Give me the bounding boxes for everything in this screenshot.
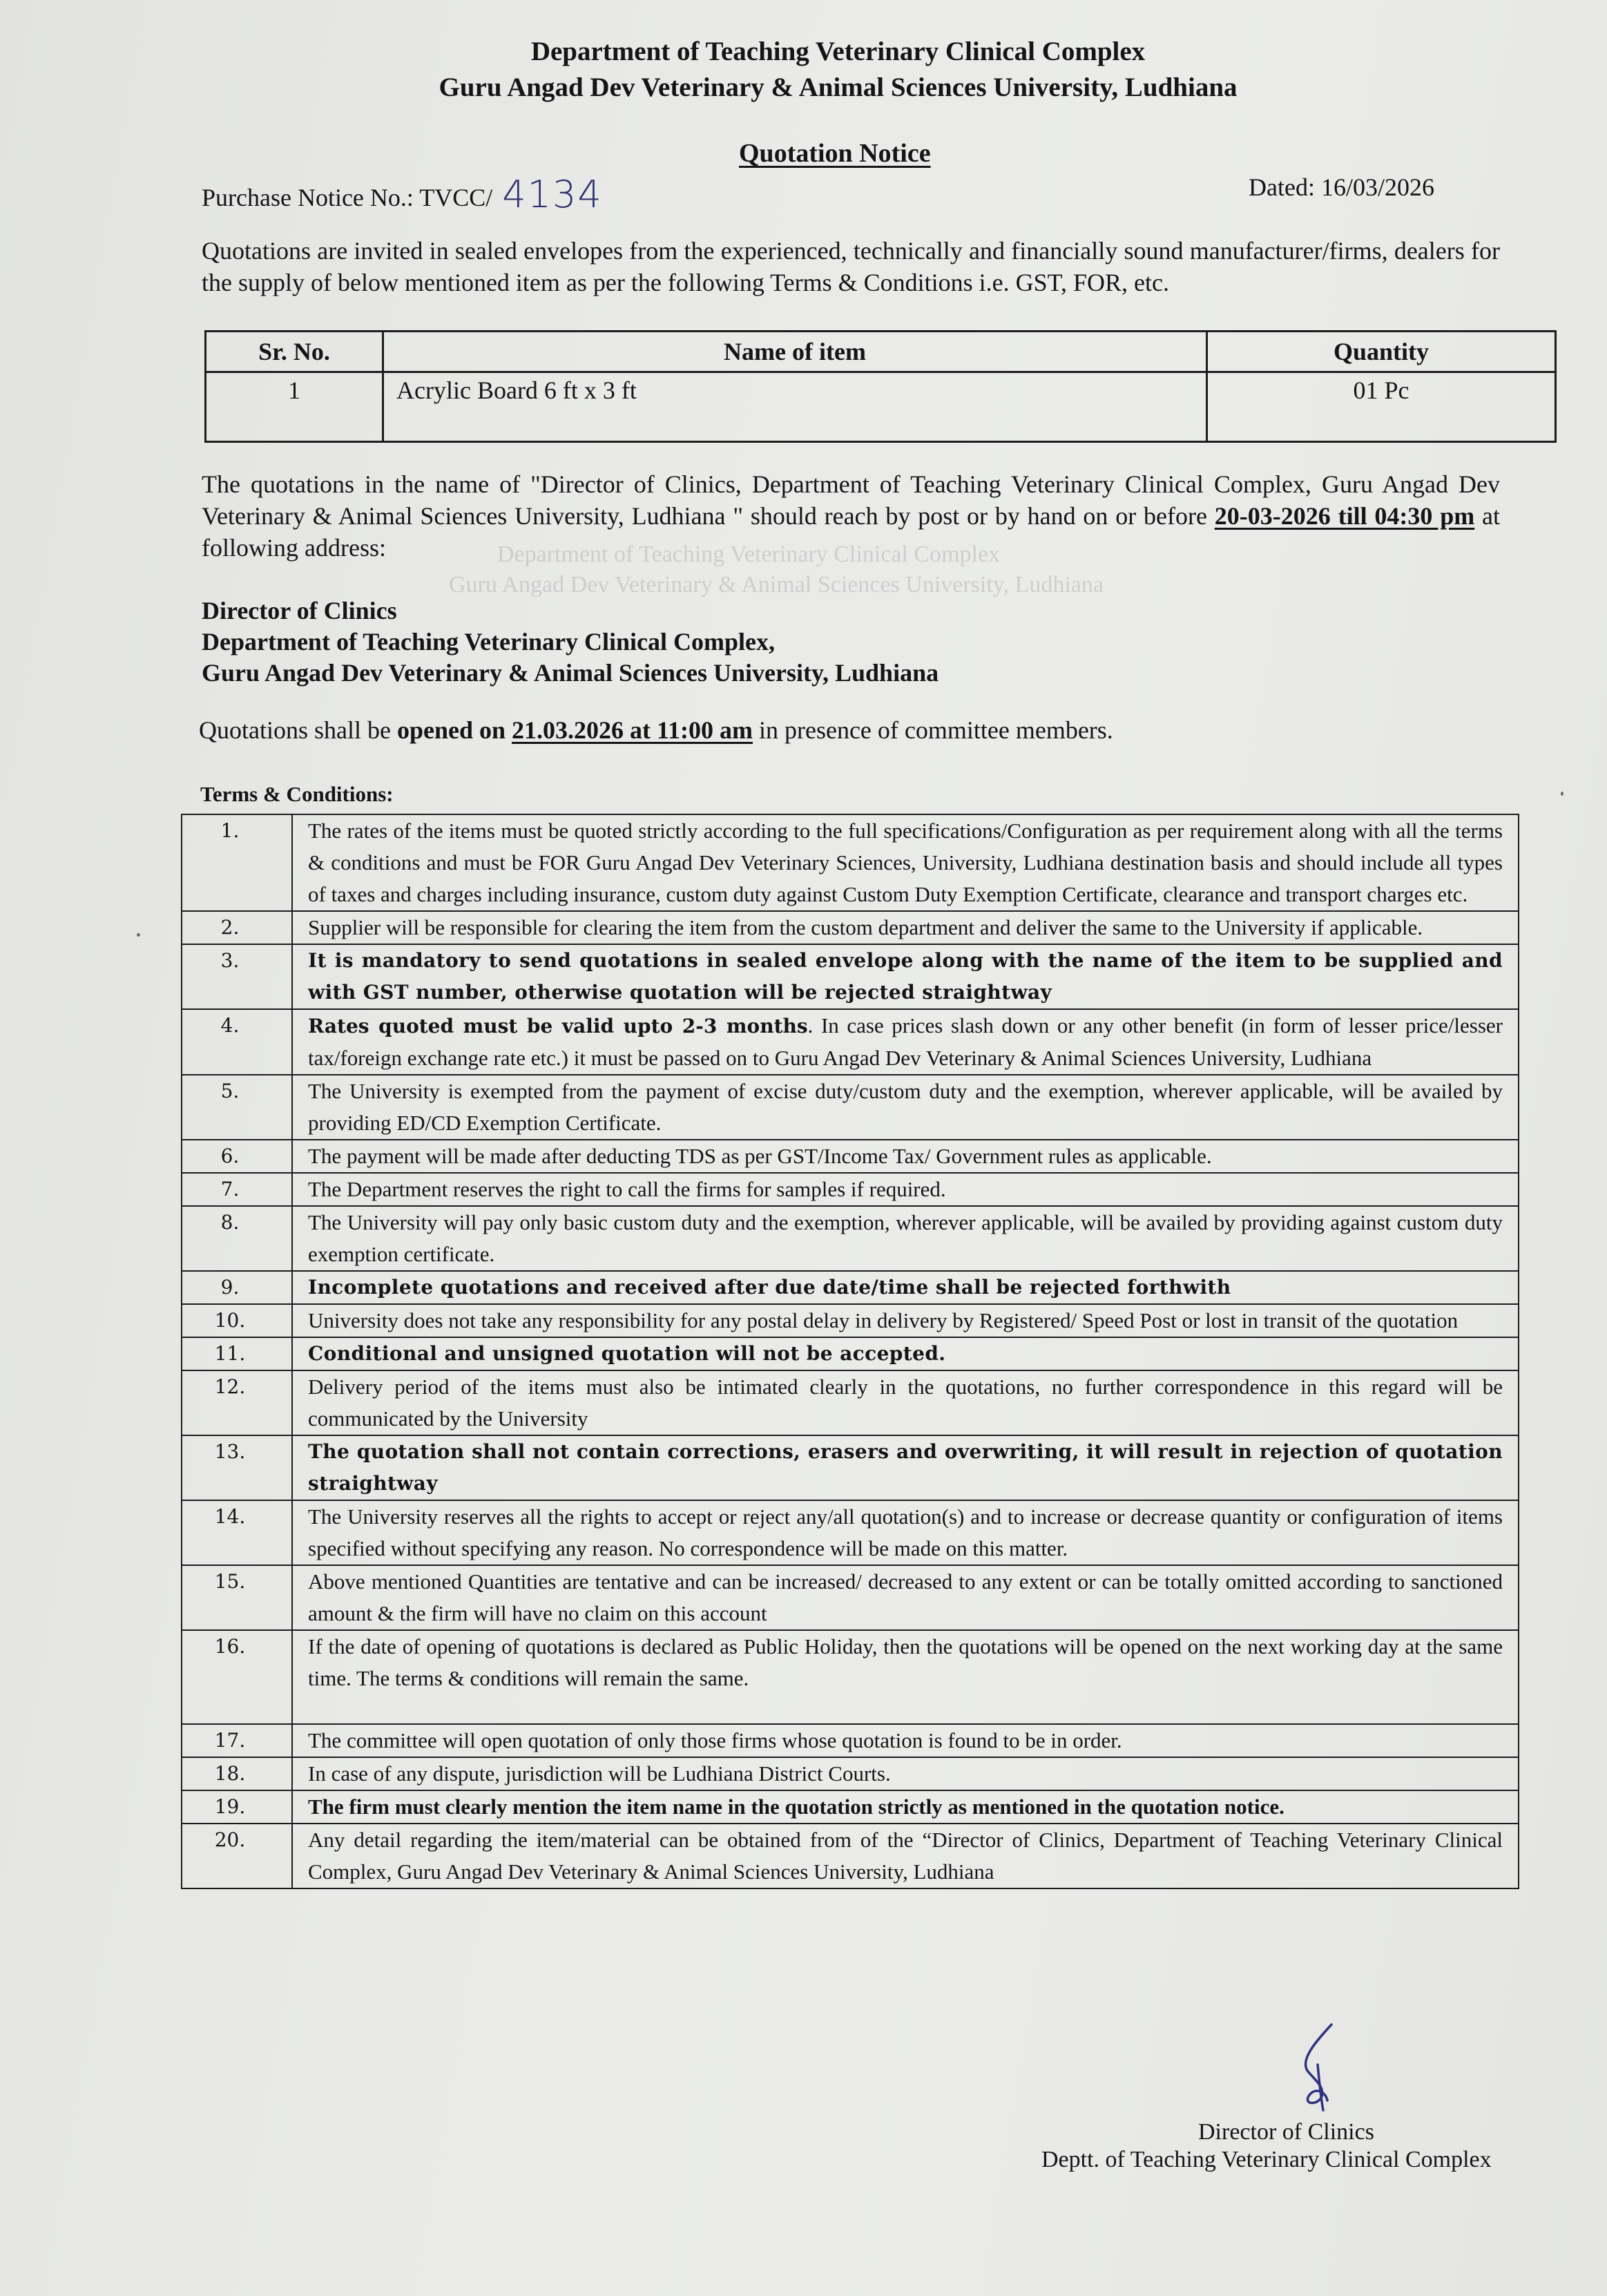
term-number: 1. — [182, 814, 292, 911]
term-number: 18. — [182, 1757, 292, 1790]
term-number: 11. — [182, 1337, 292, 1370]
table-row: 19.The firm must clearly mention the ite… — [182, 1790, 1519, 1824]
purchase-notice-label: Purchase Notice No.: TVCC/ — [202, 184, 492, 211]
table-row: 10.University does not take any responsi… — [182, 1304, 1519, 1337]
term-text: The payment will be made after deducting… — [292, 1140, 1519, 1173]
table-row: 6.The payment will be made after deducti… — [182, 1140, 1519, 1173]
table-row: 13.The quotation shall not contain corre… — [182, 1435, 1519, 1500]
department-heading: Department of Teaching Veterinary Clinic… — [35, 36, 1607, 67]
table-row: 5.The University is exempted from the pa… — [182, 1075, 1519, 1140]
items-table: Sr. No. Name of item Quantity 1 Acrylic … — [204, 330, 1557, 443]
term-text: The firm must clearly mention the item n… — [292, 1790, 1519, 1824]
purchase-notice-number: Purchase Notice No.: TVCC/4134 — [202, 171, 603, 215]
term-number: 3. — [182, 944, 292, 1009]
term-text: The University reserves all the rights t… — [292, 1500, 1519, 1565]
submission-deadline: 20-03-2026 till 04:30 pm — [1215, 502, 1474, 530]
header-sr-no: Sr. No. — [206, 332, 383, 372]
address-line: Department of Teaching Veterinary Clinic… — [202, 626, 939, 658]
term-number: 12. — [182, 1370, 292, 1435]
address-line: Guru Angad Dev Veterinary & Animal Scien… — [202, 658, 939, 689]
quotation-notice-page: Department of Teaching Veterinary Clinic… — [0, 0, 1607, 2296]
term-number: 4. — [182, 1009, 292, 1075]
opening-prefix: Quotations shall be — [199, 716, 397, 744]
table-row: 16.If the date of opening of quotations … — [182, 1630, 1519, 1724]
term-number: 20. — [182, 1824, 292, 1888]
table-row: 3.It is mandatory to send quotations in … — [182, 944, 1519, 1009]
address-line: Director of Clinics — [202, 595, 939, 626]
opening-label: opened on — [397, 716, 512, 744]
term-text: The quotation shall not contain correcti… — [292, 1435, 1519, 1500]
term-text: Any detail regarding the item/material c… — [292, 1824, 1519, 1888]
term-number: 16. — [182, 1630, 292, 1724]
term-text: The committee will open quotation of onl… — [292, 1724, 1519, 1757]
term-text: Delivery period of the items must also b… — [292, 1370, 1519, 1435]
notice-title: Quotation Notice — [739, 138, 931, 169]
term-text: Conditional and unsigned quotation will … — [292, 1337, 1519, 1370]
table-row: 7.The Department reserves the right to c… — [182, 1173, 1519, 1206]
term-number: 15. — [182, 1565, 292, 1630]
table-row: 14.The University reserves all the right… — [182, 1500, 1519, 1565]
signatory-title: Director of Clinics — [1198, 2119, 1374, 2145]
term-text: The rates of the items must be quoted st… — [292, 814, 1519, 911]
handwritten-notice-number: 4134 — [502, 173, 602, 216]
term-number: 14. — [182, 1500, 292, 1565]
table-row: 18.In case of any dispute, jurisdiction … — [182, 1757, 1519, 1790]
table-row: 4.Rates quoted must be valid upto 2-3 mo… — [182, 1009, 1519, 1075]
term-text: Above mentioned Quantities are tentative… — [292, 1565, 1519, 1630]
opening-schedule: Quotations shall be opened on 21.03.2026… — [199, 716, 1113, 745]
table-row: 17.The committee will open quotation of … — [182, 1724, 1519, 1757]
term-number: 7. — [182, 1173, 292, 1206]
term-number: 10. — [182, 1304, 292, 1337]
table-row: 15.Above mentioned Quantities are tentat… — [182, 1565, 1519, 1630]
header-quantity: Quantity — [1207, 332, 1556, 372]
table-row: 8.The University will pay only basic cus… — [182, 1206, 1519, 1271]
term-text: Rates quoted must be valid upto 2-3 mont… — [292, 1009, 1519, 1075]
term-number: 5. — [182, 1075, 292, 1140]
table-row: 1 Acrylic Board 6 ft x 3 ft 01 Pc — [206, 372, 1556, 442]
term-text: Incomplete quotations and received after… — [292, 1271, 1519, 1304]
table-row: 11.Conditional and unsigned quotation wi… — [182, 1337, 1519, 1370]
opening-datetime: 21.03.2026 at 11:00 am — [512, 716, 753, 744]
term-text: It is mandatory to send quotations in se… — [292, 944, 1519, 1009]
table-row: 12.Delivery period of the items must als… — [182, 1370, 1519, 1435]
notice-date: Dated: 16/03/2026 — [1249, 173, 1434, 202]
opening-suffix: in presence of committee members. — [753, 716, 1113, 744]
header-item-name: Name of item — [383, 332, 1207, 372]
term-number: 2. — [182, 911, 292, 944]
item-quantity: 01 Pc — [1207, 372, 1556, 442]
term-number: 19. — [182, 1790, 292, 1824]
item-sr-no: 1 — [206, 372, 383, 442]
bleed-through-text: Guru Angad Dev Veterinary & Animal Scien… — [449, 572, 1104, 598]
term-text: University does not take any responsibil… — [292, 1304, 1519, 1337]
terms-table: 1.The rates of the items must be quoted … — [181, 814, 1519, 1889]
table-row: 9.Incomplete quotations and received aft… — [182, 1271, 1519, 1304]
term-text: The University is exempted from the paym… — [292, 1075, 1519, 1140]
term-text: In case of any dispute, jurisdiction wil… — [292, 1757, 1519, 1790]
term-text: Supplier will be responsible for clearin… — [292, 911, 1519, 944]
item-name: Acrylic Board 6 ft x 3 ft — [383, 372, 1207, 442]
term-number: 13. — [182, 1435, 292, 1500]
table-row: 20.Any detail regarding the item/materia… — [182, 1824, 1519, 1888]
paper-speck — [1561, 792, 1563, 796]
term-number: 9. — [182, 1271, 292, 1304]
term-number: 17. — [182, 1724, 292, 1757]
table-row: 1.The rates of the items must be quoted … — [182, 814, 1519, 911]
term-text: The Department reserves the right to cal… — [292, 1173, 1519, 1206]
signatory-department: Deptt. of Teaching Veterinary Clinical C… — [1041, 2147, 1492, 2173]
table-row: 2.Supplier will be responsible for clear… — [182, 911, 1519, 944]
signature-icon — [1284, 2020, 1367, 2124]
intro-paragraph: Quotations are invited in sealed envelop… — [202, 235, 1500, 298]
term-text: If the date of opening of quotations is … — [292, 1630, 1519, 1724]
paper-speck — [137, 933, 140, 937]
terms-title: Terms & Conditions: — [200, 782, 394, 807]
university-heading: Guru Angad Dev Veterinary & Animal Scien… — [35, 72, 1607, 103]
postal-address: Director of Clinics Department of Teachi… — [202, 595, 939, 689]
bleed-through-text: Department of Teaching Veterinary Clinic… — [497, 542, 1000, 568]
term-lead: Rates quoted must be valid upto 2-3 mont… — [308, 1015, 808, 1037]
term-number: 6. — [182, 1140, 292, 1173]
items-table-header: Sr. No. Name of item Quantity — [206, 332, 1556, 372]
term-number: 8. — [182, 1206, 292, 1271]
term-text: The University will pay only basic custo… — [292, 1206, 1519, 1271]
